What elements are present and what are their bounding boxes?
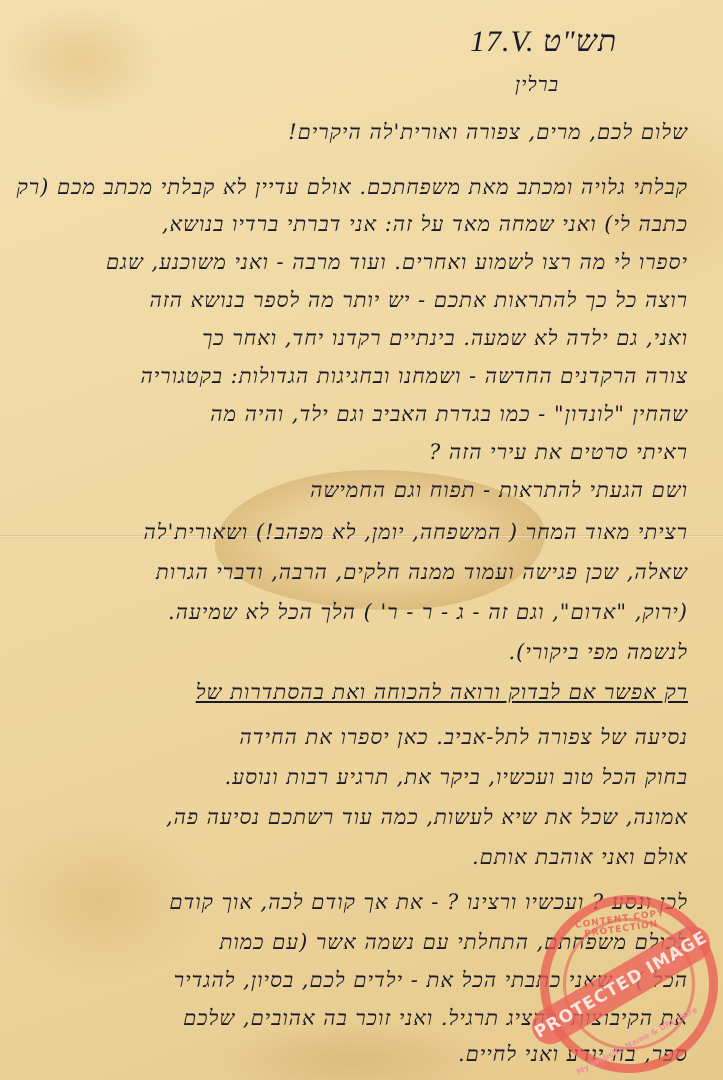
body-line: רק אפשר אם לבדוק ורואה להכוחה ואת בהסתדר… [196, 680, 688, 705]
body-line: אמונה, שכל את שיא לעשות, כמה עוד רשתכם נ… [166, 805, 688, 830]
body-line: שאלה, שכן פגישה ועמוד ממנה חלקים, הרבה, … [156, 560, 688, 585]
body-line: לנשמה מפי ביקורי). [508, 640, 688, 665]
body-line: רוצה כל כך להתראות אתכם - יש יותר מה לספ… [150, 288, 688, 313]
body-line: צורה הרקדנים החדשה - ושמחנו ובחגיגות הגד… [141, 364, 689, 389]
letter-date: 17.V. תש"ט [470, 25, 617, 59]
body-line: (ירוק, "אדום", וגם זה - ג - ר - ר' ) הלך… [168, 600, 688, 625]
body-line: כתבה לי) ואני שמחה מאד על זה: אני דברתי … [162, 212, 688, 237]
body-line: ושם הגעתי להתראות - תפוח וגם החמישה [310, 478, 688, 503]
body-line: רציתי מאוד המחר ( המשפחה, יומן, לא מפהב!… [143, 520, 688, 545]
body-line: ראיתי סרטים את עירי הזה ? [429, 440, 688, 465]
letter-place: ברלין [515, 72, 559, 97]
salutation: שלום לכם, מרים, צפורה ואורית'לה היקרים! [288, 120, 688, 145]
body-line: אולם ואני אוהבת אותם. [472, 845, 688, 870]
body-line: נסיעה של צפורה לתל-אביב. כאן יספרו את הח… [239, 725, 688, 750]
letter-page: 17.V. תש"ט ברלין שלום לכם, מרים, צפורה ו… [0, 0, 723, 1080]
body-line: קבלתי גלויה ומכתב מאת משפחתכם. אולם עדיי… [17, 175, 688, 200]
body-line: יספרו לי מה רצו לשמוע ואחרים. ועוד מרבה … [106, 250, 688, 275]
body-line: שהחין "לונדון" - כמו בגדרת האביב וגם ילד… [210, 402, 688, 427]
body-line: בחוק הכל טוב ועכשיו, ביקר את, תרגיע רבות… [225, 765, 688, 790]
body-line: ואני, גם ילדה לא שמעה. בינתיים רקדנו יחד… [202, 326, 688, 351]
